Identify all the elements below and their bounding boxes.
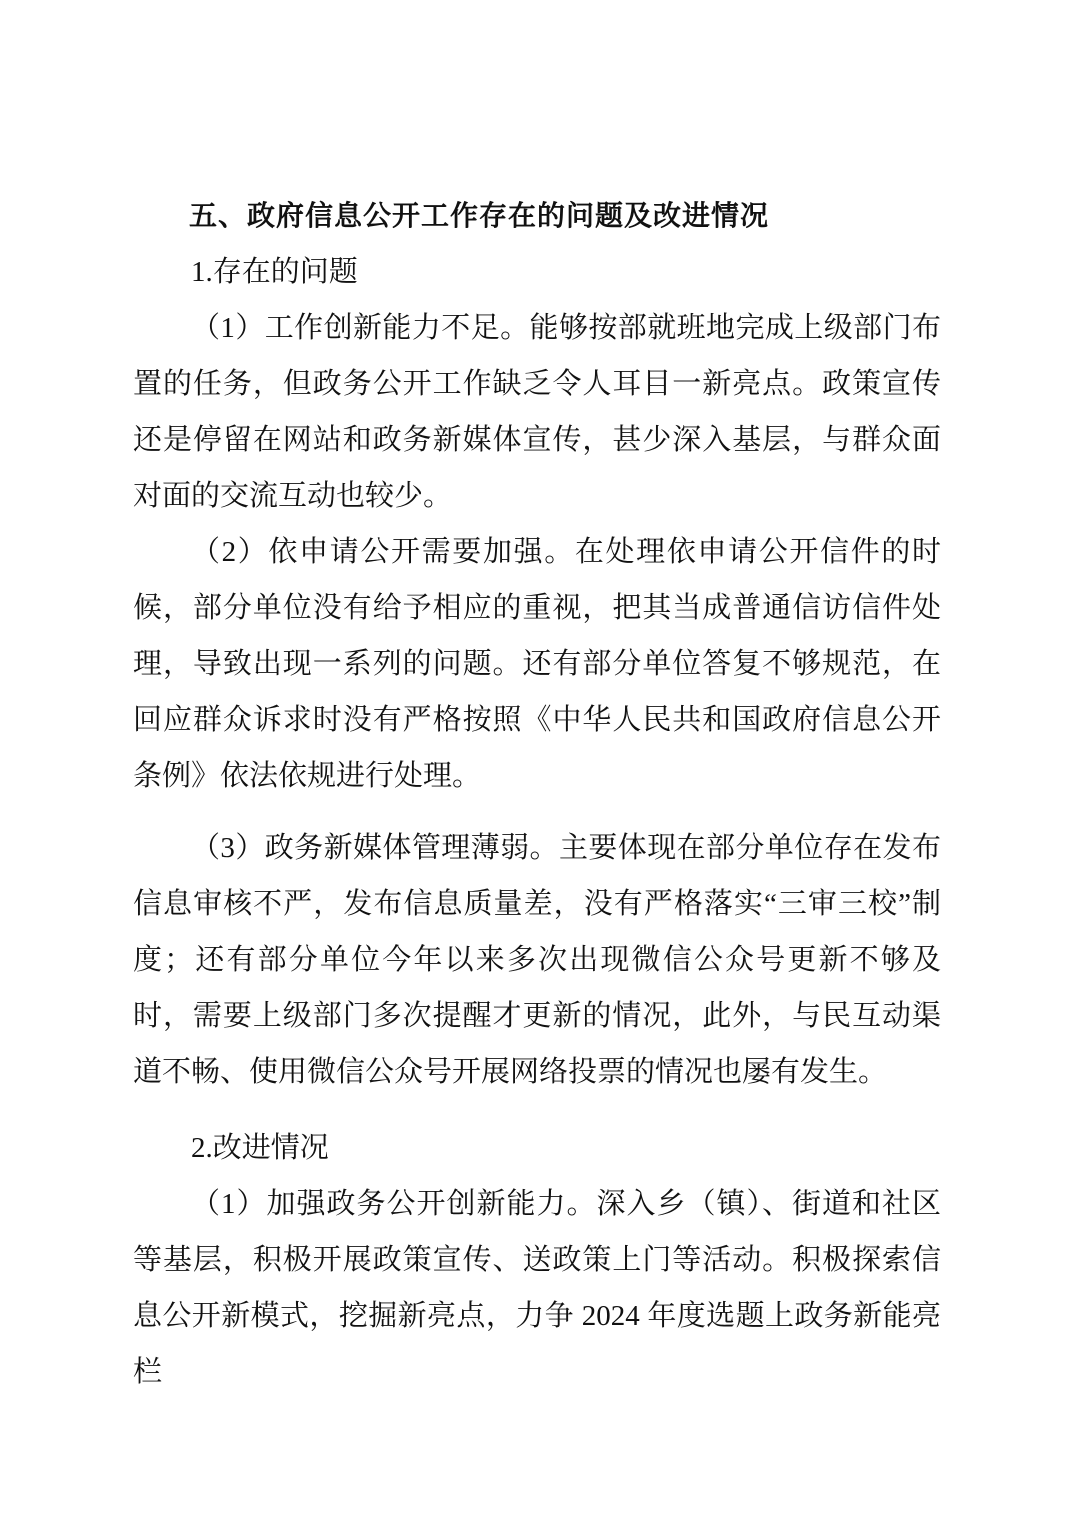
subheading-improvements: 2.改进情况 <box>133 1120 941 1176</box>
paragraph-improvement-1: （1）加强政务公开创新能力。深入乡（镇）、街道和社区等基层，积极开展政策宣传、送… <box>133 1176 941 1400</box>
subheading-problems: 1.存在的问题 <box>133 244 941 300</box>
document-page: 五、政府信息公开工作存在的问题及改进情况 1.存在的问题 （1）工作创新能力不足… <box>0 0 1074 1520</box>
paragraph-problem-2: （2）依申请公开需要加强。在处理依申请公开信件的时候，部分单位没有给予相应的重视… <box>133 524 941 804</box>
paragraph-problem-3: （3）政务新媒体管理薄弱。主要体现在部分单位存在发布信息审核不严，发布信息质量差… <box>133 820 941 1100</box>
section-heading: 五、政府信息公开工作存在的问题及改进情况 <box>133 188 941 244</box>
paragraph-problem-1: （1）工作创新能力不足。能够按部就班地完成上级部门布置的任务，但政务公开工作缺乏… <box>133 300 941 524</box>
